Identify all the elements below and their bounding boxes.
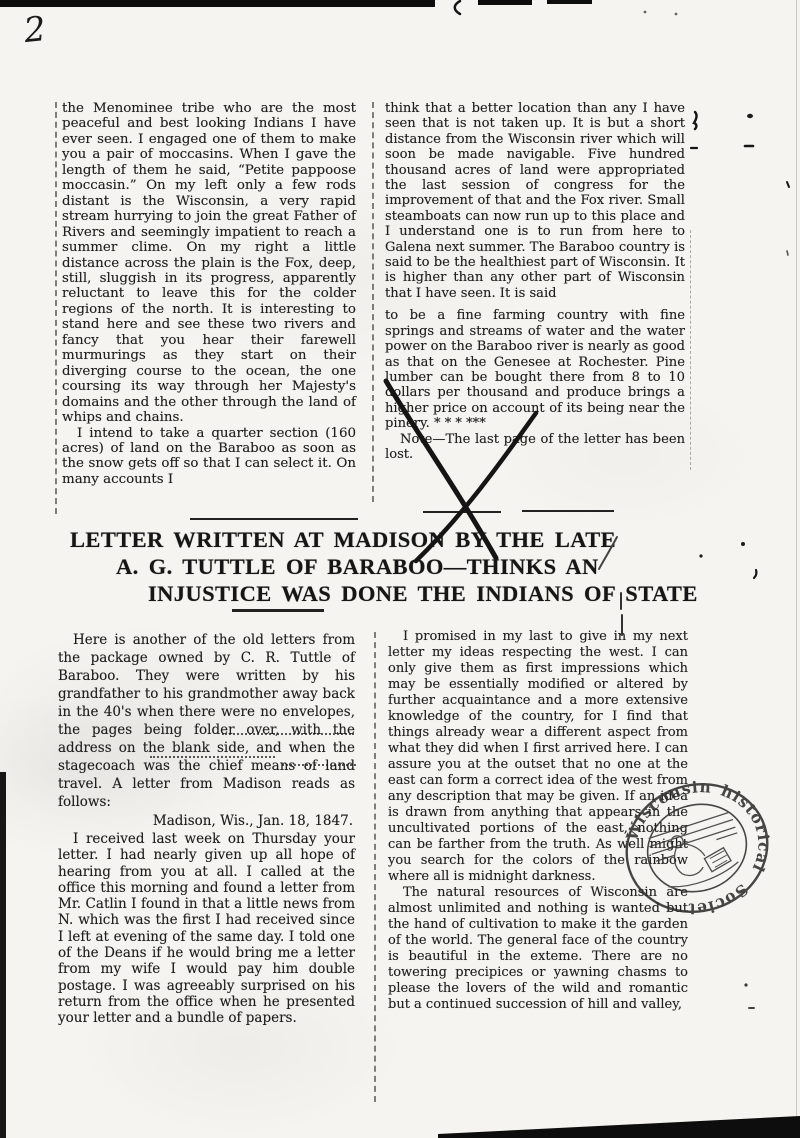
article2-dateline: Madison, Wis., Jan. 18, 1847. [58,812,355,830]
dotted-annotation [282,764,356,766]
article2-col1-paragraph2: I received last week on Thursday your le… [58,831,355,1027]
clipping-edge-rule-left [55,102,57,514]
pen-squiggle-mark [694,112,697,129]
pen-dot-mark [699,554,702,557]
article1-col2-paragraph1: think that a better location than any I … [385,101,685,301]
pen-tick-mark [787,182,789,187]
handwritten-page-number: 2 [22,9,48,51]
svg-text:Societ: Societ [681,878,755,920]
article2-column-left: Here is another of the old letters from … [58,631,355,1027]
headline-divider [232,609,324,612]
article2-col2-paragraph1: I promised in my last to give in my next… [388,629,688,885]
top-edge-bar [0,0,435,7]
article2-col1-paragraph1: Here is another of the old letters from … [58,631,355,811]
headline-line1: LETTER WRITTEN AT MADISON BY THE LATE [70,527,616,553]
article1-col1-paragraph1: the Menominee tribe who are the most pea… [62,101,356,426]
article1-column-left: the Menominee tribe who are the most pea… [62,101,356,487]
pen-tick-mark [787,251,788,255]
left-edge-strip [0,772,6,1138]
pen-dot-mark [741,542,745,546]
scanned-newspaper-page: 2 the Menominee tribe who are the most p… [0,0,800,1138]
article1-col2-note: Note—The last page of the letter has bee… [385,432,685,463]
speck [675,13,678,16]
article-end-rule [190,518,358,520]
headline-line3: INJUSTICE WAS DONE THE INDIANS OF STATE [148,581,698,607]
stamp-arc-right-text: historical [714,780,772,882]
svg-text:historical: historical [714,780,772,882]
column-gutter-rule-lower [374,632,376,1102]
pen-dot-mark [744,983,747,986]
right-edge-line [796,0,797,1138]
article-end-rule [522,510,614,512]
dotted-annotation [222,733,354,735]
article1-col2-paragraph2: to be a fine farming country with fine s… [385,308,685,431]
pen-paren-mark [455,1,460,14]
stamp-arc-bottom-text: Societ [681,878,755,920]
article2-column-right: I promised in my last to give in my next… [388,629,688,1013]
article-end-rule [423,511,501,513]
pen-dot-mark [747,114,753,118]
pen-comma-mark [754,570,756,578]
headline-line2: A. G. TUTTLE OF BARABOO—THINKS AN [116,554,599,580]
top-edge-bar-segment [547,0,592,4]
article1-column-right: think that a better location than any I … [385,101,685,462]
column-gutter-rule-upper [372,102,374,502]
article2-col2-paragraph2: The natural resources of Wisconsin are a… [388,885,688,1013]
speck [644,11,647,14]
clipping-edge-rule-right [690,230,691,470]
dotted-annotation [150,756,275,758]
top-edge-bar-segment [478,0,532,5]
article1-col1-paragraph2: I intend to take a quarter section (160 … [62,426,356,488]
